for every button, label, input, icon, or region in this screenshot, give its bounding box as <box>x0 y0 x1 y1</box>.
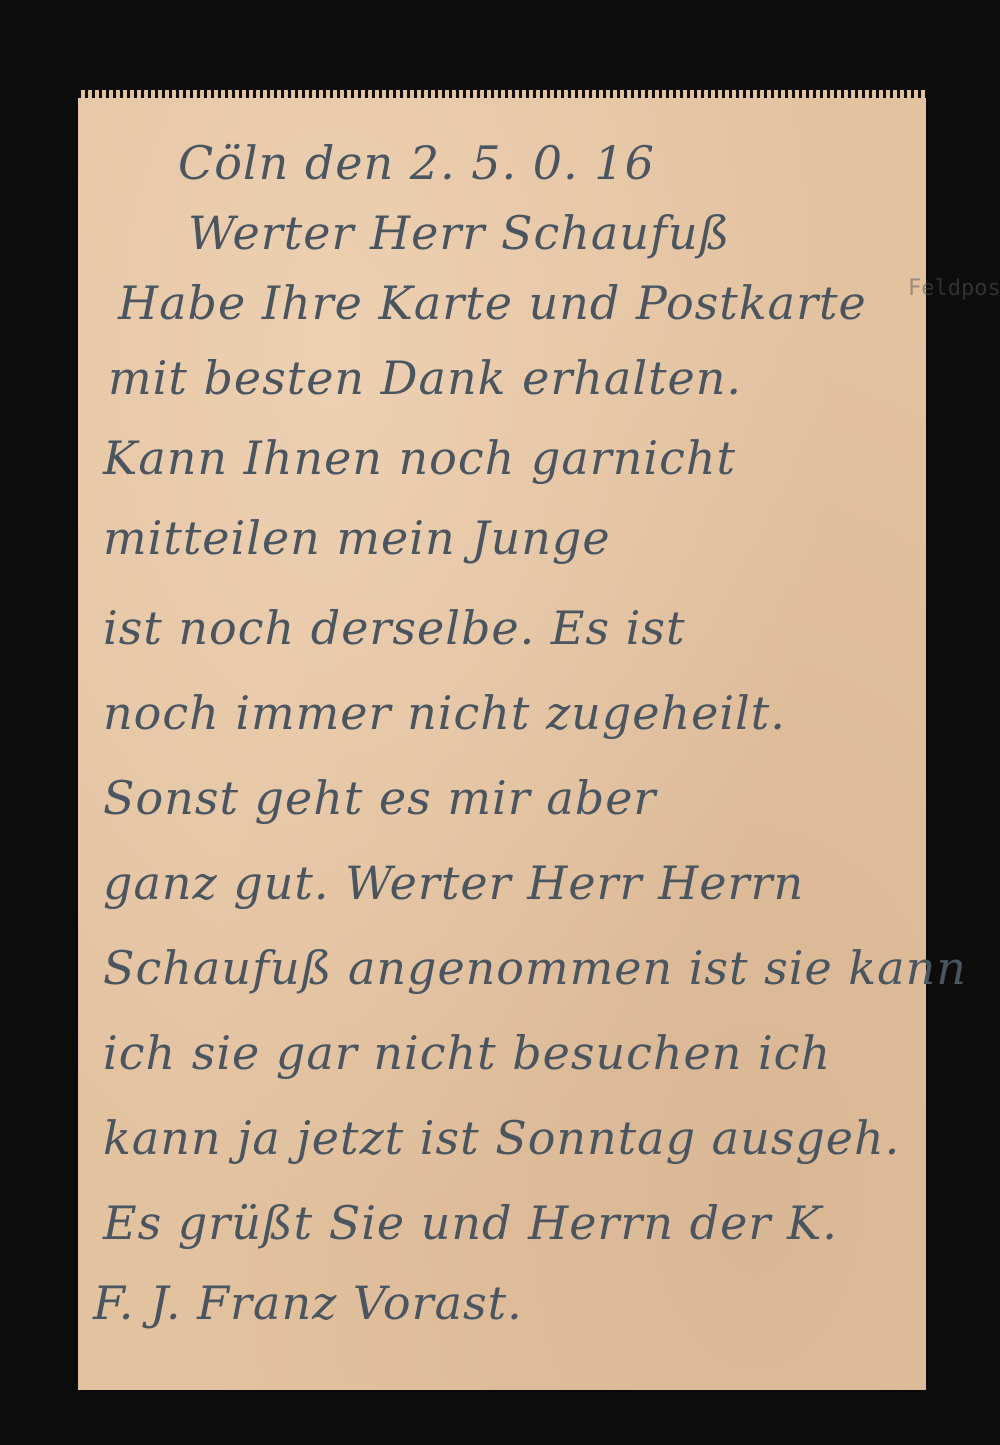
text-line: mit besten Dank erhalten. <box>108 351 742 405</box>
text-line: Schaufuß angenommen ist sie kann <box>103 941 967 995</box>
text-line: ganz gut. Werter Herr Herrn <box>103 856 804 910</box>
text-line: Sonst geht es mir aber <box>103 771 656 825</box>
text-line: noch immer nicht zugeheilt. <box>103 686 786 740</box>
text-line: ich sie gar nicht besuchen ich <box>103 1026 831 1080</box>
text-line: Es grüßt Sie und Herrn der K. <box>103 1196 838 1250</box>
date-line: Cöln den 2. 5. 0. 16 <box>178 136 655 190</box>
signature-line: F. J. Franz Vorast. <box>93 1276 523 1330</box>
postcard: Feldpost Cöln den 2. 5. 0. 16 Werter Her… <box>78 96 926 1390</box>
perforated-edge <box>78 90 926 98</box>
text-line: Kann Ihnen noch garnicht <box>103 431 736 485</box>
text-line: Habe Ihre Karte und Postkarte <box>118 276 867 330</box>
text-line: ist noch derselbe. Es ist <box>103 601 685 655</box>
salutation: Werter Herr Schaufuß <box>188 206 730 260</box>
postmark-stamp: Feldpost <box>908 276 958 366</box>
text-line: kann ja jetzt ist Sonntag ausgeh. <box>103 1111 900 1165</box>
text-line: mitteilen mein Junge <box>103 511 611 565</box>
